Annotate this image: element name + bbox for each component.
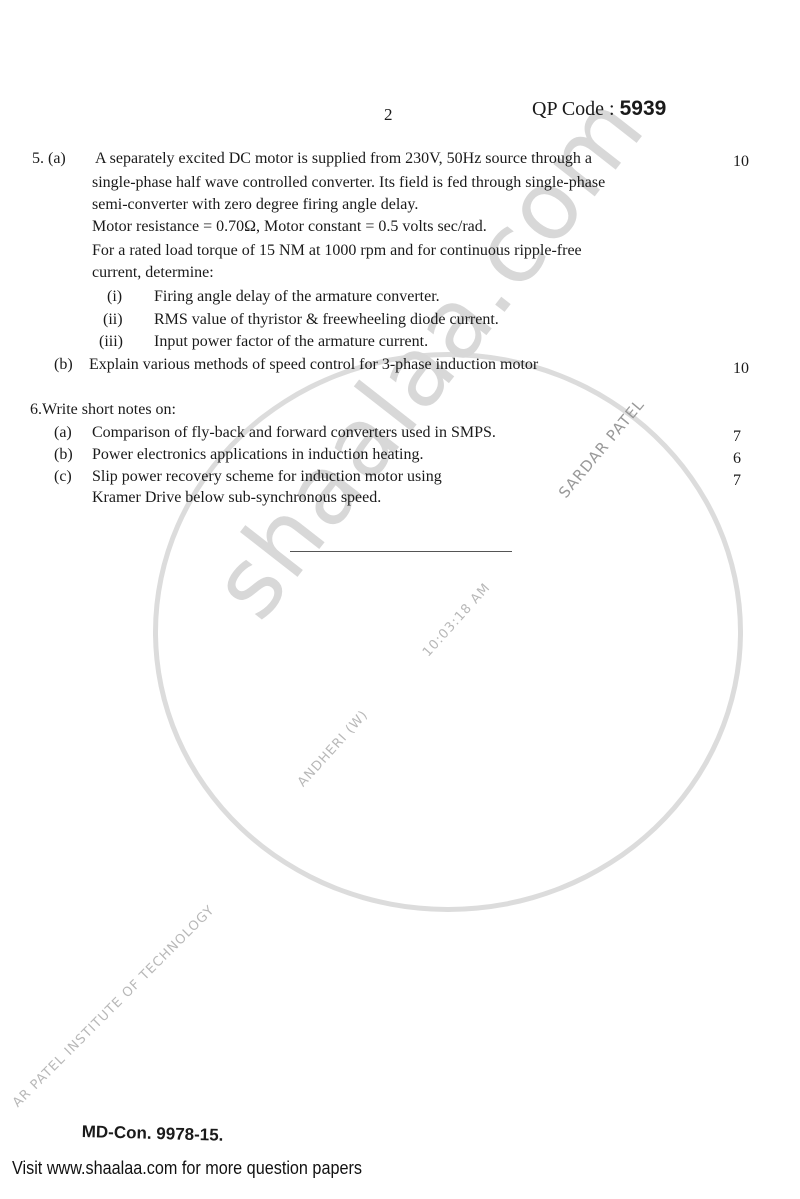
qp-code-value: 5939 <box>620 97 667 120</box>
q6-item-marks: 6 <box>733 450 741 468</box>
q6-item-label: (c) <box>54 468 72 486</box>
q5a-line-2: single-phase half wave controlled conver… <box>92 174 605 192</box>
q6-item-marks: 7 <box>733 428 741 446</box>
q5a-line-6: current, determine: <box>92 264 214 282</box>
q5a-line-3: semi-converter with zero degree firing a… <box>92 196 418 214</box>
q5a-marks: 10 <box>733 153 749 171</box>
institute-stamp: AR PATEL INSTITUTE OF TECHNOLOGY <box>10 903 218 1111</box>
q5a-subpart-text: Input power factor of the armature curre… <box>154 333 428 351</box>
qp-code-label: QP Code : <box>532 98 620 120</box>
q6-item-text: Slip power recovery scheme for induction… <box>92 468 442 486</box>
q5b-label: (b) <box>54 356 73 374</box>
q5b-marks: 10 <box>733 360 749 378</box>
visit-link[interactable]: Visit www.shaalaa.com for more question … <box>12 1158 362 1179</box>
qp-code: QP Code : 5939 <box>532 97 666 121</box>
q5a-subpart-label: (i) <box>107 288 122 306</box>
q5a-subpart-text: Firing angle delay of the armature conve… <box>154 288 440 306</box>
page-number: 2 <box>384 105 393 125</box>
q6-item-text-cont: Kramer Drive below sub-synchronous speed… <box>92 489 381 507</box>
q5a-line-1: A separately excited DC motor is supplie… <box>95 150 592 168</box>
q5a-subpart-text: RMS value of thyristor & freewheeling di… <box>154 311 499 329</box>
question-5-number: 5. (a) <box>32 150 66 168</box>
end-rule <box>290 551 512 552</box>
q6-item-label: (a) <box>54 424 72 442</box>
q5a-subpart-label: (iii) <box>99 333 123 351</box>
q6-item-marks: 7 <box>733 472 741 490</box>
q5a-subpart-label: (ii) <box>103 311 123 329</box>
question-6-heading: 6.Write short notes on: <box>30 401 176 419</box>
q6-item-text: Power electronics applications in induct… <box>92 446 423 464</box>
q6-item-label: (b) <box>54 446 73 464</box>
q6-item-text: Comparison of fly-back and forward conve… <box>92 424 496 442</box>
q5a-line-4: Motor resistance = 0.70Ω, Motor constant… <box>92 218 487 236</box>
paper-code: MD-Con. 9978-15. <box>81 1122 223 1146</box>
q5b-text: Explain various methods of speed control… <box>89 356 538 374</box>
q5a-line-5: For a rated load torque of 15 NM at 1000… <box>92 242 582 260</box>
